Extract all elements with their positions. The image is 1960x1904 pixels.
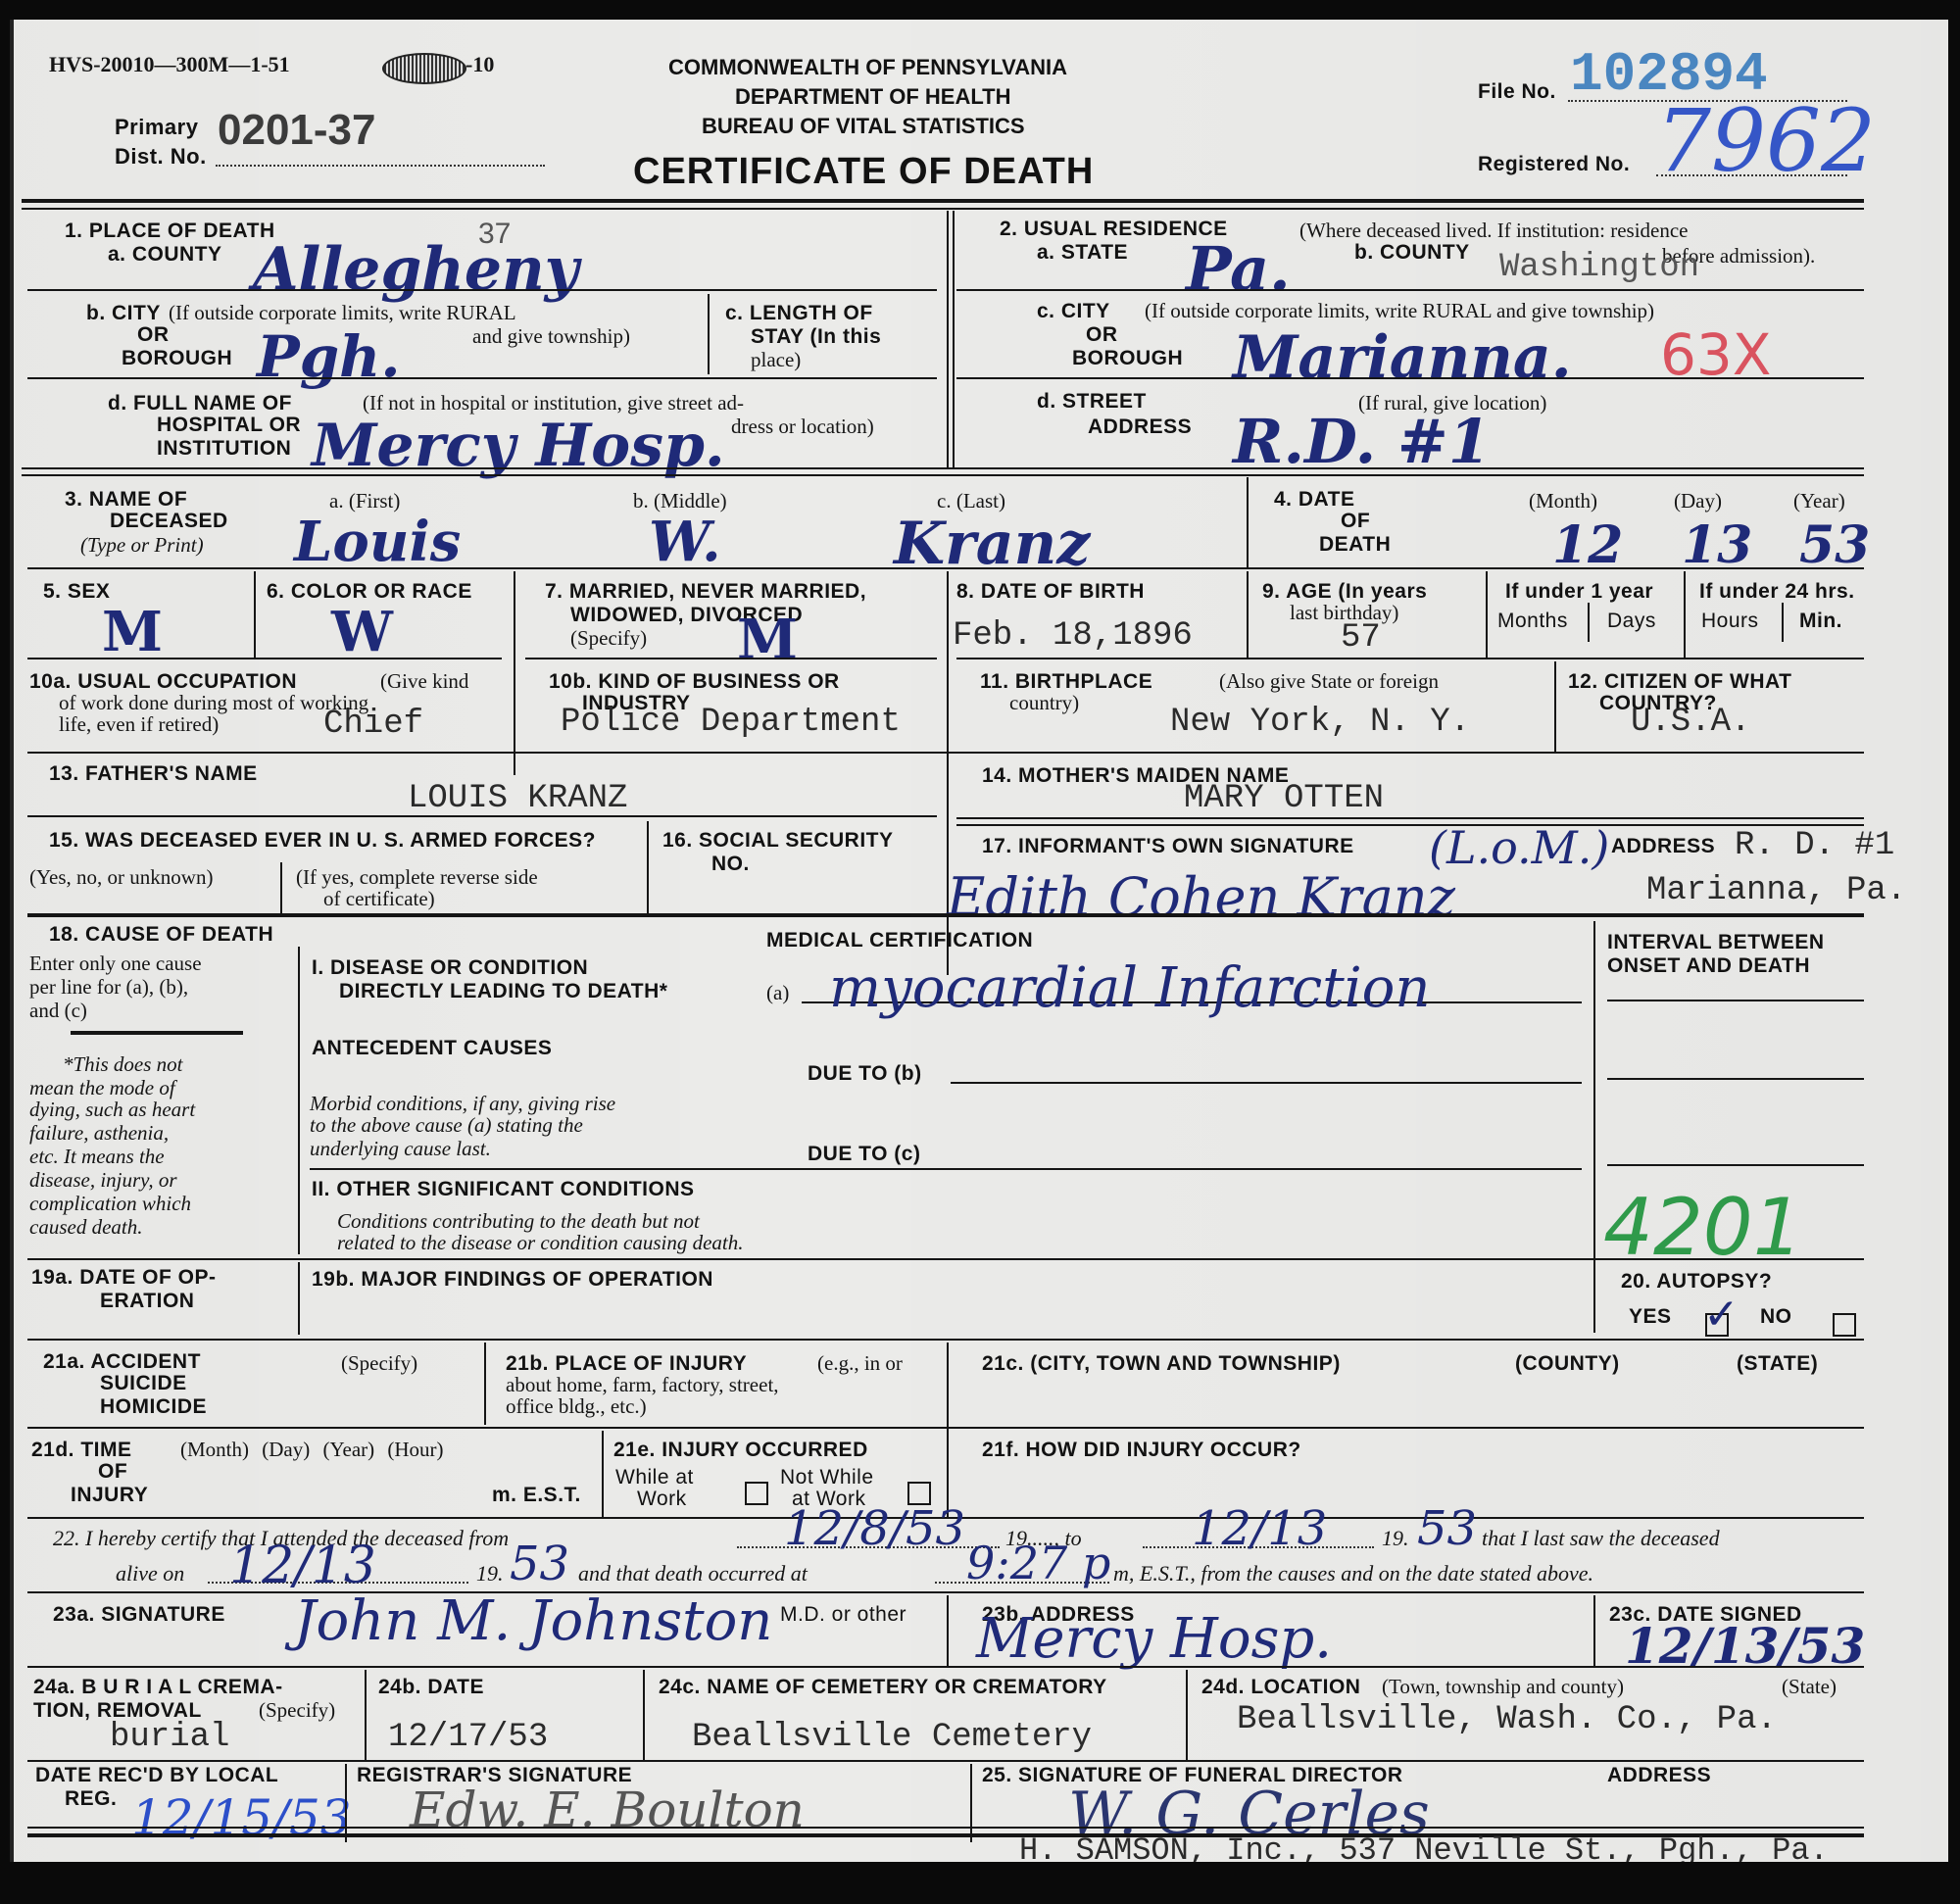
note-8: caused death. (29, 1215, 142, 1239)
morbid-1: Morbid conditions, if any, giving rise (310, 1092, 615, 1115)
not-while-at-work-label: Not While (780, 1466, 874, 1489)
rule (708, 294, 710, 374)
suicide-label: SUICIDE (100, 1372, 187, 1394)
date-received-label-2: REG. (65, 1787, 117, 1810)
line-b-underline (951, 1082, 1582, 1084)
rule (602, 1431, 604, 1517)
time-of-injury-label-3: INJURY (71, 1484, 148, 1506)
street-label-2: ADDRESS (1088, 415, 1192, 438)
line-a-label: (a) (766, 982, 789, 1004)
armed-forces-hint-1: (Yes, no, or unknown) (29, 866, 213, 889)
homicide-label: HOMICIDE (100, 1395, 207, 1418)
note-7: complication which (29, 1192, 191, 1215)
injury-county-label: (COUNTY) (1515, 1352, 1620, 1375)
rule (27, 289, 937, 291)
marital-value[interactable]: M (737, 608, 798, 672)
time-of-injury-cols: (Month) (Day) (Year) (Hour) (180, 1439, 444, 1461)
dod-month-label: (Month) (1529, 490, 1597, 513)
accident-specify: (Specify) (341, 1352, 417, 1375)
hours-label: Hours (1701, 610, 1759, 632)
line-c-underline (310, 1168, 1582, 1170)
length-of-stay-label: c. LENGTH OF (725, 302, 873, 324)
citizen-value[interactable]: U.S.A. (1631, 704, 1750, 741)
rule (956, 658, 1864, 659)
months-label: Months (1497, 610, 1568, 632)
rule (956, 817, 1864, 819)
date-of-operation-label: 19a. DATE OF OP- (31, 1266, 216, 1289)
residence-city-hint: (If outside corporate limits, write RURA… (1145, 300, 1654, 322)
burial-method-hint: (Specify) (259, 1699, 335, 1722)
dist-no-line (216, 165, 545, 167)
rule (1486, 571, 1488, 658)
burial-method-label: 24a. B U R I A L CREMA- (33, 1676, 283, 1698)
union-label-icon (382, 53, 466, 84)
certificate-title: CERTIFICATE OF DEATH (633, 151, 1094, 193)
occupation-hint-1: (Give kind (380, 670, 468, 693)
hospital-label-2: HOSPITAL OR (157, 414, 301, 436)
middle-name-value[interactable]: W. (649, 510, 721, 574)
residence-county-label: b. COUNTY (1354, 241, 1470, 264)
part-2-hint-1: Conditions contributing to the death but… (337, 1209, 700, 1233)
father-name-value[interactable]: LOUIS KRANZ (408, 780, 627, 817)
rule (947, 1343, 949, 1517)
rule (27, 658, 502, 659)
informant-address-label: ADDRESS (1611, 835, 1715, 857)
rule (643, 1670, 645, 1760)
autopsy-no-label: NO (1760, 1305, 1792, 1328)
rule (1593, 921, 1595, 1333)
alive-on-19: 19. (476, 1562, 504, 1586)
rule (27, 1427, 1864, 1429)
city-value[interactable]: Pgh. (257, 323, 401, 390)
date-received-label: DATE REC'D BY LOCAL (35, 1764, 278, 1786)
time-of-death-value[interactable]: 9:27 p (966, 1537, 1110, 1589)
burial-location-hint: (Town, township and county) (1382, 1676, 1624, 1698)
while-at-work-label-2: Work (637, 1488, 687, 1510)
place-of-injury-hint-1: (e.g., in or (817, 1352, 903, 1375)
rule (956, 824, 1864, 826)
armed-forces-hint-2: (If yes, complete reverse side (296, 866, 538, 889)
first-name-value[interactable]: Louis (294, 510, 461, 574)
informant-note: (L.o.M.) (1429, 821, 1609, 874)
registered-no-value: 7962 (1656, 90, 1876, 191)
instructions-2: per line for (a), (b), (29, 976, 188, 999)
while-at-work-label: While at (615, 1466, 694, 1489)
burial-date-label: 24b. DATE (378, 1676, 484, 1698)
due-to-c-label: DUE TO (c) (808, 1143, 920, 1165)
burial-location-state-label: (State) (1782, 1676, 1837, 1698)
rule (947, 1595, 949, 1666)
rule (365, 1670, 367, 1760)
physician-signature[interactable]: John M. Johnston (294, 1589, 772, 1653)
father-name-label: 13. FATHER'S NAME (49, 762, 258, 785)
informant-address-2[interactable]: Marianna, Pa. (1646, 872, 1906, 909)
burial-date-value[interactable]: 12/17/53 (388, 1719, 548, 1756)
birthplace-hint-2: country) (1009, 692, 1079, 714)
rule (298, 947, 300, 1254)
date-of-operation-label-2: ERATION (100, 1290, 194, 1312)
rule (345, 1764, 347, 1842)
rule (71, 1031, 243, 1035)
part-2-label: II. OTHER SIGNIFICANT CONDITIONS (312, 1178, 695, 1200)
length-of-stay-label-2: STAY (In this (751, 325, 881, 348)
informant-signature-label: 17. INFORMANT'S OWN SIGNATURE (982, 835, 1354, 857)
mother-name-value[interactable]: MARY OTTEN (1184, 780, 1384, 817)
alive-on-year[interactable]: 53 (510, 1537, 569, 1591)
hospital-value[interactable]: Mercy Hosp. (312, 412, 725, 480)
birthplace-hint-1: (Also give State or foreign (1219, 670, 1439, 693)
header-rule-thick (22, 199, 1864, 203)
dod-day-label: (Day) (1674, 490, 1722, 513)
business-label: 10b. KIND OF BUSINESS OR (549, 670, 840, 693)
informant-address-1[interactable]: R. D. #1 (1735, 827, 1894, 864)
deceased-name-label: 3. NAME OF (65, 488, 187, 511)
residence-hint-1: (Where deceased lived. If institution: r… (1299, 220, 1689, 242)
residence-city-value[interactable]: Marianna. (1233, 323, 1572, 392)
rule (1554, 661, 1556, 752)
note-5: etc. It means the (29, 1145, 165, 1168)
rule (525, 658, 937, 659)
occupation-label: 10a. USUAL OCCUPATION (29, 670, 297, 693)
dod-year-label: (Year) (1793, 490, 1845, 513)
instructions-3: and (c) (29, 1000, 87, 1022)
injury-state-label: (STATE) (1737, 1352, 1818, 1375)
deceased-name-label-2: DECEASED (110, 510, 228, 532)
antecedent-label: ANTECEDENT CAUSES (312, 1037, 552, 1059)
certify-text-4: that I last saw the deceased (1482, 1527, 1720, 1550)
occupation-hint-3: life, even if retired) (59, 713, 219, 736)
rule (27, 1827, 1864, 1829)
rule (298, 1262, 300, 1335)
sex-label: 5. SEX (43, 580, 110, 603)
city-or-label: OR (137, 323, 170, 346)
days-label: Days (1607, 610, 1656, 632)
accident-label: 21a. ACCIDENT (43, 1350, 201, 1373)
form-code: HVS-20010—300M—1-51 (49, 53, 290, 75)
date-of-death-label-3: DEATH (1319, 533, 1391, 556)
dod-year-value[interactable]: 53 (1799, 515, 1870, 575)
primary-dist-label: Primary (115, 116, 198, 138)
deceased-name-label-3: (Type or Print) (80, 533, 204, 557)
alive-on-label: alive on (116, 1562, 184, 1586)
to-year-value[interactable]: 53 (1417, 1501, 1477, 1556)
informant-signature[interactable]: Edith Cohen Kranz (947, 866, 1455, 928)
place-of-injury-hint-3: office bldg., etc.) (506, 1395, 647, 1418)
dob-label: 8. DATE OF BIRTH (956, 580, 1145, 603)
dob-value[interactable]: Feb. 18,1896 (953, 617, 1193, 655)
marital-label-3: (Specify) (570, 627, 647, 650)
city-hint-2: and give township) (472, 325, 630, 348)
min-label: Min. (1799, 610, 1842, 632)
rule (647, 821, 649, 913)
place-of-death-label: 1. PLACE OF DEATH (65, 220, 275, 242)
armed-forces-label: 15. WAS DECEASED EVER IN U. S. ARMED FOR… (49, 829, 596, 852)
dod-month-value[interactable]: 12 (1552, 515, 1623, 575)
street-label: d. STREET (1037, 390, 1147, 413)
rule (1247, 477, 1249, 567)
interval-line-a (1607, 1000, 1864, 1001)
header-rule-thin (22, 208, 1864, 210)
rule (970, 1764, 972, 1842)
signature-label: 23a. SIGNATURE (53, 1603, 225, 1626)
autopsy-label: 20. AUTOPSY? (1621, 1270, 1772, 1293)
place-of-injury-label: 21b. PLACE OF INJURY (506, 1352, 747, 1375)
line-a-value[interactable]: myocardial Infarction (829, 956, 1430, 1020)
agency-line-2: DEPARTMENT OF HEALTH (735, 84, 1011, 110)
funeral-address-label: ADDRESS (1607, 1764, 1711, 1786)
interval-line-c (1607, 1164, 1864, 1166)
rule (1186, 1670, 1188, 1760)
note-6: disease, injury, or (29, 1168, 177, 1192)
certify-text-3: 19. (1382, 1527, 1409, 1550)
ssn-label-2: NO. (711, 853, 750, 875)
rule (514, 571, 515, 775)
city-label: b. CITY (86, 302, 161, 324)
occupation-value[interactable]: Chief (323, 706, 423, 743)
rule (956, 377, 1864, 379)
ssn-label: 16. SOCIAL SECURITY (662, 829, 894, 852)
burial-method-value[interactable]: burial (110, 1719, 229, 1756)
under-1-year-label: If under 1 year (1505, 580, 1653, 603)
county-value[interactable]: Allegheny (253, 235, 579, 304)
hospital-label: d. FULL NAME OF (108, 392, 292, 415)
major-findings-label: 19b. MAJOR FINDINGS OF OPERATION (312, 1268, 713, 1291)
union-label-suffix: -10 (465, 53, 494, 75)
rule (484, 1343, 486, 1425)
col-divider-main-2 (953, 211, 955, 467)
alive-on-value[interactable]: 12/13 (229, 1537, 376, 1595)
registrar-signature[interactable]: Edw. E. Boulton (410, 1782, 805, 1838)
birthplace-value[interactable]: New York, N. Y. (1170, 704, 1470, 741)
rule (1684, 571, 1686, 658)
file-no-label: File No. (1478, 80, 1556, 103)
rule (280, 862, 282, 913)
injury-city-label: 21c. (CITY, TOWN AND TOWNSHIP) (982, 1352, 1341, 1375)
residence-county-value[interactable]: Washington (1499, 249, 1699, 286)
primary-dist-value: 0201-37 (218, 106, 375, 155)
date-of-death-label-2: OF (1341, 510, 1370, 532)
age-label: 9. AGE (In years (1262, 580, 1427, 603)
county-label: a. COUNTY (108, 243, 222, 266)
rule (27, 815, 937, 817)
physician-address-value[interactable]: Mercy Hosp. (976, 1607, 1332, 1671)
note-4: failure, asthenia, (29, 1121, 169, 1145)
rule (27, 1666, 1864, 1668)
rule (1593, 1595, 1595, 1666)
dist-no-label: Dist. No. (115, 145, 207, 168)
hospital-label-3: INSTITUTION (157, 437, 291, 460)
while-at-work-checkbox[interactable] (745, 1482, 768, 1505)
rule (27, 1258, 1864, 1260)
check-mark-icon: ✓ (1703, 1290, 1739, 1340)
registered-no-label: Registered No. (1478, 153, 1630, 175)
marital-label: 7. MARRIED, NEVER MARRIED, (545, 580, 866, 603)
col-divider-main (947, 211, 949, 467)
date-of-death-label: 4. DATE (1274, 488, 1354, 511)
time-of-injury-label-2: OF (98, 1460, 127, 1483)
medical-certification-label: MEDICAL CERTIFICATION (766, 929, 1033, 952)
time-of-injury-label: 21d. TIME (31, 1439, 132, 1461)
rule (22, 467, 1864, 469)
interval-label-2: ONSET AND DEATH (1607, 954, 1810, 977)
rule (956, 289, 1864, 291)
residence-city-or: OR (1086, 323, 1118, 346)
rule (1782, 603, 1784, 642)
instructions-1: Enter only one cause (29, 952, 202, 975)
injury-occurred-label: 21e. INJURY OCCURRED (613, 1439, 868, 1461)
rule (1588, 603, 1590, 642)
agency-line-1: COMMONWEALTH OF PENNSYLVANIA (668, 55, 1067, 80)
rule (27, 567, 1864, 569)
business-value[interactable]: Police Department (561, 704, 901, 741)
cause-of-death-label: 18. CAUSE OF DEATH (49, 923, 273, 946)
part-2-hint-2: related to the disease or condition caus… (337, 1231, 744, 1254)
part-1-label-2: DIRECTLY LEADING TO DEATH* (339, 980, 667, 1002)
autopsy-yes-label: YES (1629, 1305, 1672, 1328)
due-to-b-label: DUE TO (b) (808, 1062, 922, 1085)
city-hint-1: (If outside corporate limits, write RURA… (169, 302, 516, 324)
note-2: mean the mode of (29, 1076, 175, 1099)
rule (27, 1760, 1864, 1762)
note-1: *This does not (63, 1052, 183, 1076)
city-borough-label: BOROUGH (122, 347, 232, 369)
agency-line-3: BUREAU OF VITAL STATISTICS (702, 114, 1025, 139)
date-received-value[interactable]: 12/15/53 (131, 1789, 352, 1846)
scan-border-bottom (0, 1862, 1960, 1904)
note-3: dying, such as heart (29, 1098, 195, 1121)
rule (27, 1339, 1864, 1341)
residence-city-borough: BOROUGH (1072, 347, 1183, 369)
under-24-hrs-label: If under 24 hrs. (1699, 580, 1855, 603)
morbid-2: to the above cause (a) stating the (310, 1113, 583, 1137)
burial-location-label: 24d. LOCATION (1201, 1676, 1360, 1698)
cemetery-value[interactable]: Beallsville Cemetery (692, 1719, 1092, 1756)
morbid-3: underlying cause last. (310, 1137, 491, 1160)
rule (254, 571, 256, 658)
rule (1247, 571, 1249, 658)
race-value[interactable]: W (331, 600, 393, 664)
rule (27, 752, 1864, 754)
to-date-value[interactable]: 12/13 (1192, 1501, 1327, 1556)
part-1-label: I. DISEASE OR CONDITION (312, 956, 588, 979)
armed-forces-hint-3: of certificate) (323, 888, 435, 910)
place-of-injury-hint-2: about home, farm, factory, street, (506, 1374, 779, 1396)
citizen-label: 12. CITIZEN OF WHAT (1568, 670, 1791, 693)
burial-location-value[interactable]: Beallsville, Wash. Co., Pa. (1237, 1701, 1777, 1738)
occupation-hint-2: of work done during most of working (59, 692, 368, 714)
rule (22, 474, 1864, 476)
death-occurred-suffix: m, E.S.T., from the causes and on the da… (1113, 1562, 1593, 1586)
state-label: a. STATE (1037, 241, 1128, 264)
dod-day-value[interactable]: 13 (1682, 515, 1752, 575)
residence-city-label: c. CITY (1037, 300, 1110, 322)
age-value[interactable]: 57 (1341, 619, 1381, 657)
hospital-hint-2: dress or location) (731, 415, 874, 438)
autopsy-no-checkbox[interactable] (1833, 1313, 1856, 1337)
md-or-other-label: M.D. or other (780, 1603, 906, 1626)
state-value[interactable]: Pa. (1186, 233, 1291, 305)
death-occurred-label: and that death occurred at (578, 1562, 808, 1586)
birthplace-label: 11. BIRTHPLACE (980, 670, 1152, 693)
rule (27, 377, 937, 379)
cemetery-label: 24c. NAME OF CEMETERY OR CREMATORY (659, 1676, 1107, 1698)
how-injury-occurred-label: 21f. HOW DID INJURY OCCUR? (982, 1439, 1301, 1461)
interval-label: INTERVAL BETWEEN (1607, 931, 1825, 953)
page-left-edge (10, 20, 14, 1862)
length-of-stay-label-3: place) (751, 349, 801, 371)
from-date-value[interactable]: 12/8/53 (784, 1501, 965, 1556)
rule (27, 913, 1864, 917)
time-of-injury-suffix: m. E.S.T. (492, 1484, 581, 1506)
interval-line-b (1607, 1078, 1864, 1080)
sex-value[interactable]: M (102, 600, 163, 664)
